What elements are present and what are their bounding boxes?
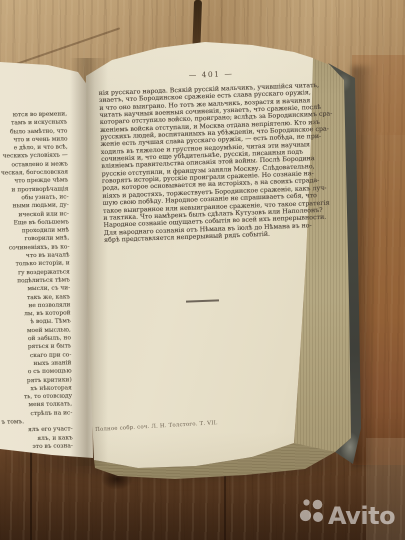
left-page-text-column: ются во времени,тамъ и искусныхъбыло зам… bbox=[0, 110, 73, 451]
avito-watermark: Avito bbox=[295, 489, 401, 535]
avito-logo-icon: Avito bbox=[295, 489, 401, 535]
left-page-text-line: стрѣлъ на ис- bbox=[0, 409, 72, 419]
book-photo: ются во времени,тамъ и искусныхъбыло зам… bbox=[0, 0, 405, 540]
body-text-lines: нія русскаго народа. Всякій русскій маль… bbox=[99, 82, 323, 244]
right-page-text-block: — 401 — нія русскаго народа. Всякій русс… bbox=[98, 66, 322, 244]
avito-wordmark: Avito bbox=[328, 502, 395, 530]
left-page-text-line: это въ созна- bbox=[1, 442, 73, 452]
